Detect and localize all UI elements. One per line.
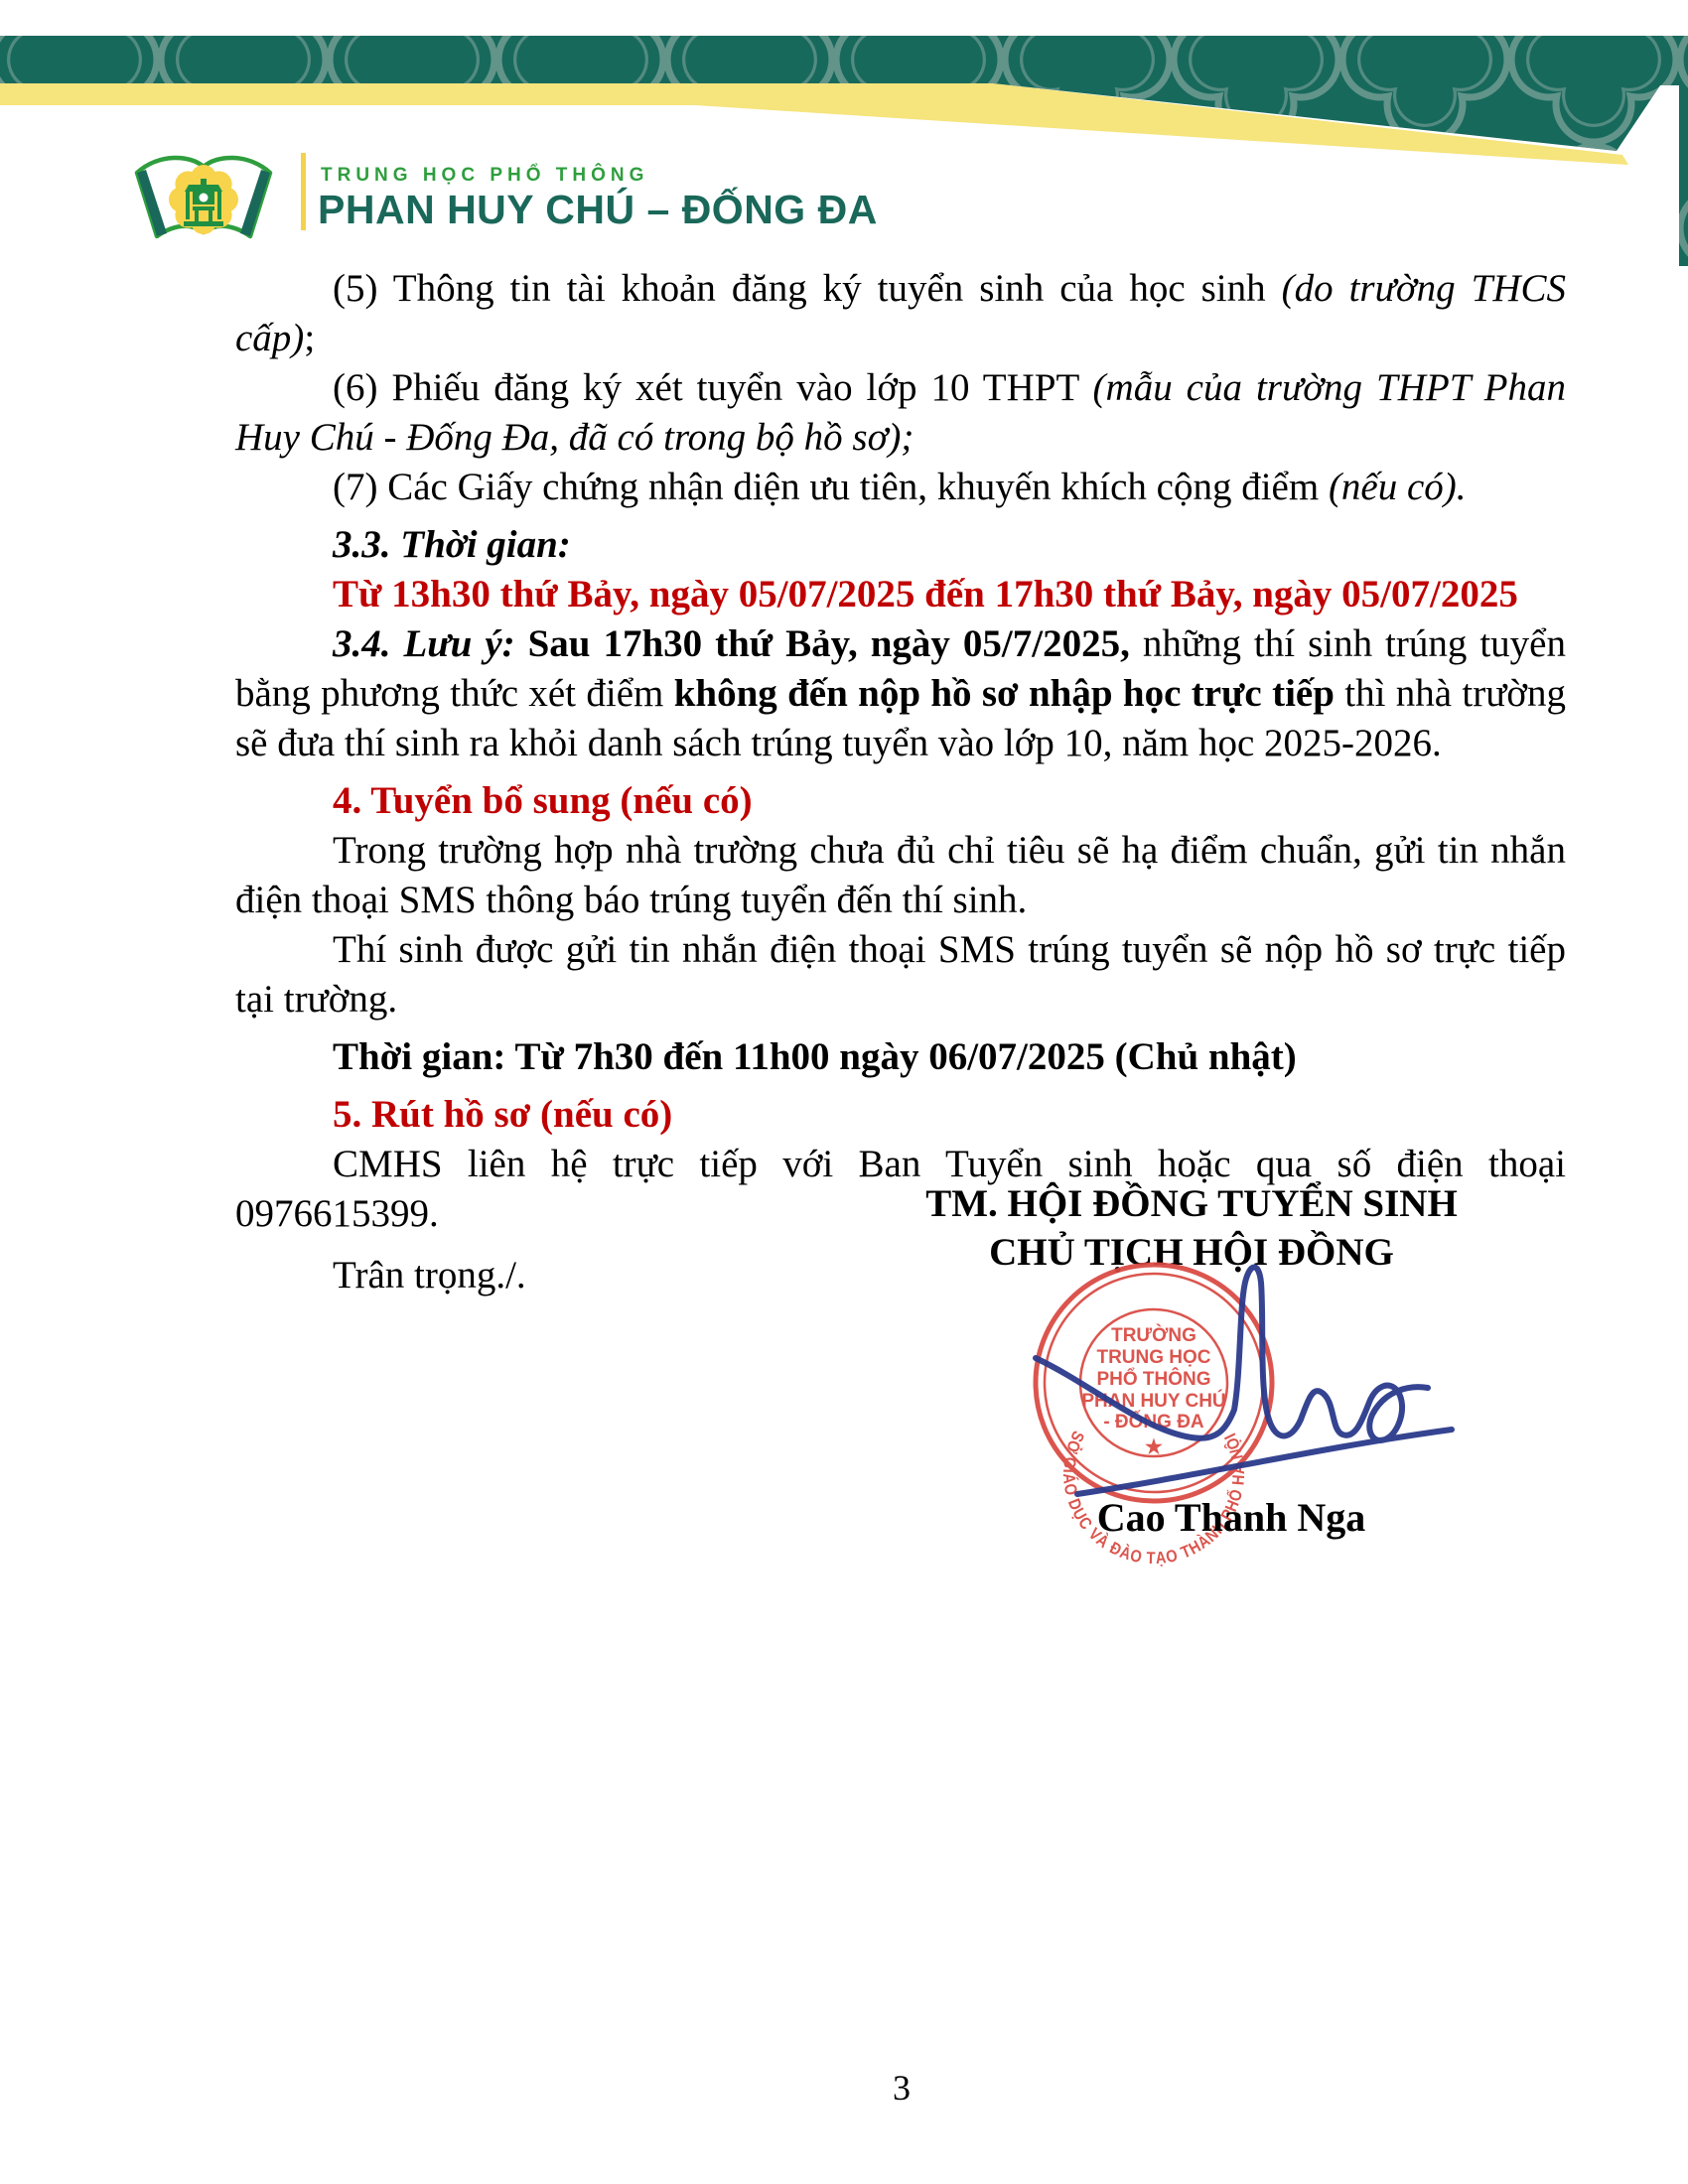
signer-name: Cao Thanh Nga xyxy=(1033,1494,1430,1541)
school-logo xyxy=(129,145,278,244)
text-run: Trong trường hợp nhà trường chưa đủ chỉ … xyxy=(235,829,1566,921)
stamp-center-line5: - ĐỐNG ĐA xyxy=(1103,1411,1204,1433)
heading-4: 4. Tuyển bổ sung (nếu có) xyxy=(235,776,1566,826)
logo-pagoda-window xyxy=(200,194,209,203)
document-body: (5) Thông tin tài khoản đăng ký tuyển si… xyxy=(235,264,1566,1300)
school-name-label: PHAN HUY CHÚ – ĐỐNG ĐA xyxy=(318,187,878,233)
section-heading: 5. Rút hồ sơ (nếu có) xyxy=(333,1093,672,1136)
paragraph-item-7: (7) Các Giấy chứng nhận diện ưu tiên, kh… xyxy=(235,463,1566,512)
text-run: (nếu có). xyxy=(1329,466,1467,508)
text-run: không đến nộp hồ sơ nhập học trực tiếp xyxy=(674,672,1335,715)
time-text: Thời gian: Từ 7h30 đến 11h00 ngày 06/07/… xyxy=(333,1035,1297,1078)
paragraph-item-6: (6) Phiếu đăng ký xét tuyển vào lớp 10 T… xyxy=(235,363,1566,463)
text-run: ; xyxy=(304,317,315,359)
stamp-center-line2: TRUNG HỌC xyxy=(1096,1347,1210,1368)
paragraph-time-range: Từ 13h30 thứ Bảy, ngày 05/07/2025 đến 17… xyxy=(235,570,1566,619)
text-run: (5) Thông tin tài khoản đăng ký tuyển si… xyxy=(333,267,1282,310)
paragraph-supplement-time: Thời gian: Từ 7h30 đến 11h00 ngày 06/07/… xyxy=(235,1032,1566,1082)
stamp-center-line4: PHAN HUY CHÚ xyxy=(1081,1390,1225,1412)
paragraph-supplement-2: Thí sinh được gửi tin nhắn điện thoại SM… xyxy=(235,925,1566,1024)
signature-authority-line: TM. HỘI ĐỒNG TUYỂN SINH xyxy=(894,1179,1489,1228)
school-type-label: TRUNG HỌC PHỔ THÔNG xyxy=(321,165,648,187)
header-decoration-band xyxy=(0,0,1688,288)
document-page: TRUNG HỌC PHỔ THÔNG PHAN HUY CHÚ – ĐỐNG … xyxy=(0,0,1688,2184)
text-run: (7) Các Giấy chứng nhận diện ưu tiên, kh… xyxy=(333,466,1329,508)
text-run: Trân trọng./. xyxy=(333,1254,526,1297)
section-heading: 4. Tuyển bổ sung (nếu có) xyxy=(333,779,753,822)
stamp-center-line3: PHỔ THÔNG xyxy=(1096,1368,1210,1390)
paragraph-supplement-1: Trong trường hợp nhà trường chưa đủ chỉ … xyxy=(235,826,1566,925)
section-heading: 3.4. Lưu ý: xyxy=(333,622,528,665)
text-run: Sau 17h30 thứ Bảy, ngày 05/7/2025, xyxy=(528,622,1143,665)
deadline-text: Từ 13h30 thứ Bảy, ngày 05/07/2025 đến 17… xyxy=(333,573,1518,615)
section-heading: 3.3. Thời gian: xyxy=(333,523,571,566)
paragraph-item-5: (5) Thông tin tài khoản đăng ký tuyển si… xyxy=(235,264,1566,363)
logo-divider xyxy=(301,153,306,230)
heading-3-3: 3.3. Thời gian: xyxy=(235,520,1566,570)
paragraph-3-4-note: 3.4. Lưu ý: Sau 17h30 thứ Bảy, ngày 05/7… xyxy=(235,619,1566,768)
stamp-star-icon: ★ xyxy=(1145,1436,1163,1458)
heading-5: 5. Rút hồ sơ (nếu có) xyxy=(235,1090,1566,1140)
text-run: (6) Phiếu đăng ký xét tuyển vào lớp 10 T… xyxy=(333,366,1093,409)
text-run: Thí sinh được gửi tin nhắn điện thoại SM… xyxy=(235,928,1566,1021)
stamp-center-line1: TRƯỜNG xyxy=(1111,1324,1196,1346)
page-number: 3 xyxy=(852,2067,951,2109)
